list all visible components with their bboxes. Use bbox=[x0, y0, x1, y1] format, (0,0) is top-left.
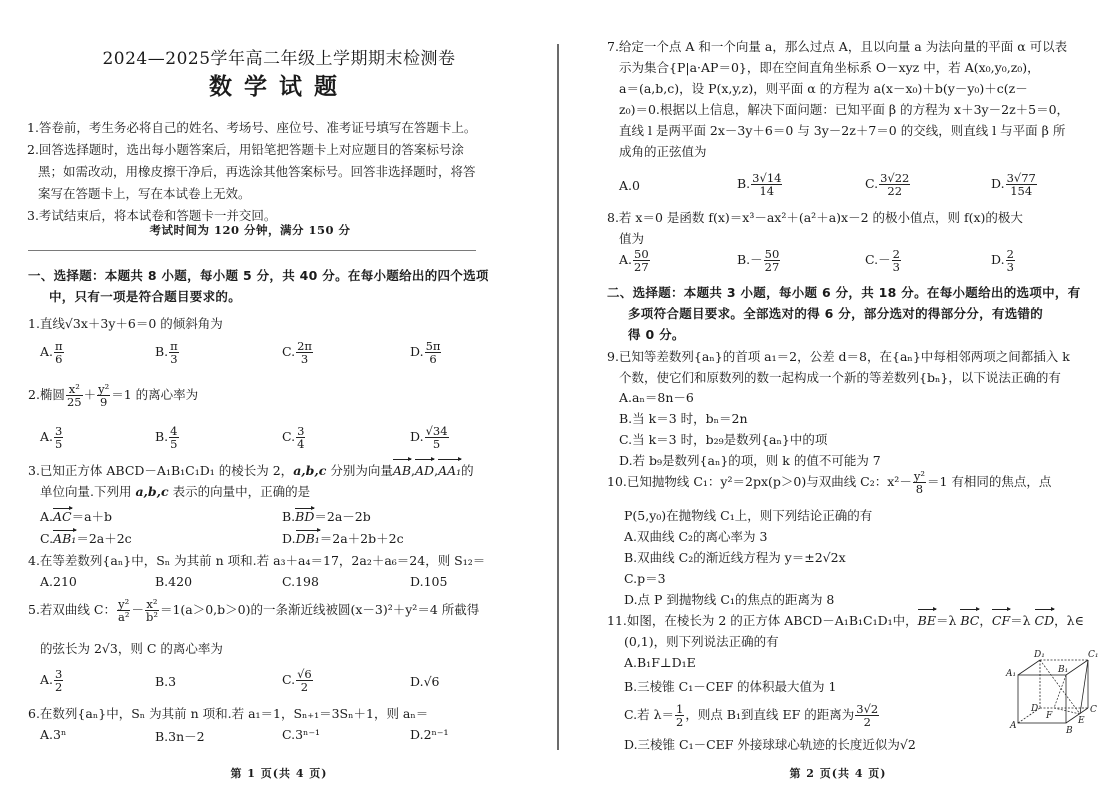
q6-option-b[interactable]: B.3n－2 bbox=[155, 727, 205, 745]
label-d1: D₁ bbox=[1033, 650, 1045, 660]
page-1-footer: 第 1 页(共 4 页) bbox=[0, 765, 558, 781]
q4-option-d[interactable]: D.105 bbox=[410, 574, 447, 589]
question-6-stem: 6.在数列{aₙ}中，Sₙ 为其前 n 项和.若 a₁＝1，Sₙ₊₁＝3Sₙ＋1… bbox=[28, 703, 428, 724]
q1-option-d[interactable]: D.5π6 bbox=[410, 340, 442, 365]
q1-option-b[interactable]: B.π3 bbox=[155, 340, 180, 365]
q8-option-a[interactable]: A.5027 bbox=[619, 248, 651, 273]
question-5-stem: 5.若双曲线 C：y²a²－x²b²＝1(a＞0,b＞0)的一条渐近线被圆(x－… bbox=[28, 598, 528, 623]
q3-option-d[interactable]: D.DB₁＝2a＋2b＋2c bbox=[282, 529, 404, 547]
q6-option-d[interactable]: D.2ⁿ⁻¹ bbox=[410, 727, 449, 742]
question-4-stem: 4.在等差数列{aₙ}中，Sₙ 为其前 n 项和.若 a₃＋a₄＝17，2a₂＋… bbox=[28, 550, 485, 571]
header-divider bbox=[28, 250, 476, 251]
q4-option-c[interactable]: C.198 bbox=[282, 574, 319, 589]
q11-option-c[interactable]: C.若 λ＝12，则点 B₁到直线 EF 的距离为3√22 bbox=[624, 703, 1044, 728]
label-c: C bbox=[1090, 705, 1097, 715]
question-11-options: A.B₁F⊥D₁E B.三棱锥 C₁－CEF 的体积最大值为 1 C.若 λ＝1… bbox=[624, 652, 1044, 755]
q6-option-c[interactable]: C.3ⁿ⁻¹ bbox=[282, 727, 320, 742]
q4-option-a[interactable]: A.210 bbox=[40, 574, 77, 589]
subject-title: 数学试题 bbox=[0, 68, 558, 101]
cube-diagram-svg: D₁ C₁ A₁ B₁ D C F E A B bbox=[998, 648, 1108, 758]
q2-option-a[interactable]: A.35 bbox=[40, 425, 64, 450]
question-5-stem-line2: 的弦长为 2√3，则 C 的离心率为 bbox=[40, 638, 223, 659]
q8-option-b[interactable]: B.－5027 bbox=[737, 248, 781, 273]
q11-option-b[interactable]: B.三棱锥 C₁－CEF 的体积最大值为 1 bbox=[624, 676, 1044, 697]
question-9-options: A.aₙ＝8n－6 B.当 k＝3 时，bₙ＝2n C.当 k＝3 时，b₂₉是… bbox=[619, 387, 1099, 471]
q4-option-b[interactable]: B.420 bbox=[155, 574, 192, 589]
q3-option-a[interactable]: A.AC＝a＋b bbox=[40, 507, 112, 525]
q9-option-d[interactable]: D.若 b₉是数列{aₙ}的项，则 k 的值不可能为 7 bbox=[619, 450, 1099, 471]
label-b: B bbox=[1065, 726, 1073, 736]
q9-option-a[interactable]: A.aₙ＝8n－6 bbox=[619, 387, 1099, 408]
question-3-options: A.AC＝a＋b B.BD＝2a－2b C.AB₁＝2a＋2c D.DB₁＝2a… bbox=[40, 507, 510, 553]
q2-option-d[interactable]: D.√345 bbox=[410, 425, 450, 450]
q8-option-c[interactable]: C.－23 bbox=[865, 248, 902, 273]
exam-time: 考试时间为 120 分钟，满分 150 分 bbox=[0, 222, 500, 238]
question-8-stem: 8.若 x＝0 是函数 f(x)＝x³－ax²＋(a²＋a)x－2 的极小值点，… bbox=[607, 207, 1107, 249]
question-11-stem: 11.如图，在棱长为 2 的正方体 ABCD－A₁B₁C₁D₁中，BE＝λ BC… bbox=[607, 610, 1116, 652]
question-7-stem: 7.给定一个点 A 和一个向量 a，那么过点 A，且以向量 a 为法向量的平面 … bbox=[607, 36, 1107, 162]
q10-option-a[interactable]: A.双曲线 C₂的离心率为 3 bbox=[624, 526, 1104, 547]
label-a: A bbox=[1009, 721, 1017, 731]
exam-title: 2024—2025学年高二年级上学期期末检测卷 bbox=[0, 44, 558, 69]
q3-option-b[interactable]: B.BD＝2a－2b bbox=[282, 507, 371, 525]
q5-option-b[interactable]: B.3 bbox=[155, 674, 176, 689]
q9-option-b[interactable]: B.当 k＝3 时，bₙ＝2n bbox=[619, 408, 1099, 429]
q3-option-c[interactable]: C.AB₁＝2a＋2c bbox=[40, 529, 132, 547]
q7-option-c[interactable]: C.3√2222 bbox=[865, 172, 911, 197]
instructions: 1.答卷前，考生务必将自己的姓名、考场号、座位号、准考证号填写在答题卡上。 2.… bbox=[27, 117, 487, 227]
q2-option-b[interactable]: B.45 bbox=[155, 425, 180, 450]
instruction-1: 1.答卷前，考生务必将自己的姓名、考场号、座位号、准考证号填写在答题卡上。 bbox=[27, 117, 487, 139]
label-d: D bbox=[1030, 704, 1038, 714]
q1-option-c[interactable]: C.2π3 bbox=[282, 340, 314, 365]
q11-option-d[interactable]: D.三棱锥 C₁－CEF 外接球球心轨迹的长度近似为√2 bbox=[624, 734, 1044, 755]
question-10-stem: 10.已知抛物线 C₁：y²＝2px(p＞0)与双曲线 C₂：x²－y²8＝1 … bbox=[607, 470, 1116, 495]
q7-option-d[interactable]: D.3√77154 bbox=[991, 172, 1038, 197]
section-2-heading: 二、选择题：本题共 3 小题，每小题 6 分，共 18 分。在每小题给出的选项中… bbox=[607, 282, 1107, 345]
q8-option-d[interactable]: D.23 bbox=[991, 248, 1016, 273]
q7-option-a[interactable]: A.0 bbox=[619, 178, 640, 193]
page-1: 2024—2025学年高二年级上学期期末检测卷 数学试题 1.答卷前，考生务必将… bbox=[0, 0, 558, 800]
q5-option-d[interactable]: D.√6 bbox=[410, 674, 439, 689]
label-c1: C₁ bbox=[1088, 650, 1099, 660]
question-2-stem: 2.椭圆x²25＋y²9＝1 的离心率为 bbox=[28, 383, 198, 408]
q1-option-a[interactable]: A.π6 bbox=[40, 340, 65, 365]
label-f: F bbox=[1045, 711, 1053, 721]
page-divider bbox=[557, 44, 559, 750]
q2-option-c[interactable]: C.34 bbox=[282, 425, 306, 450]
q7-option-b[interactable]: B.3√1414 bbox=[737, 172, 783, 197]
q5-option-c[interactable]: C.√62 bbox=[282, 668, 314, 693]
q10-option-d[interactable]: D.点 P 到抛物线 C₁的焦点的距离为 8 bbox=[624, 589, 1104, 610]
q10-option-c[interactable]: C.p＝3 bbox=[624, 568, 1104, 589]
question-3-stem: 3.已知正方体 ABCD－A₁B₁C₁D₁ 的棱长为 2，a,b,c 分别为向量… bbox=[28, 460, 528, 502]
question-1-stem: 1.直线√3x＋3y＋6＝0 的倾斜角为 bbox=[28, 313, 223, 334]
page-2-footer: 第 2 页(共 4 页) bbox=[560, 765, 1116, 781]
q6-option-a[interactable]: A.3ⁿ bbox=[40, 727, 66, 742]
q9-option-c[interactable]: C.当 k＝3 时，b₂₉是数列{aₙ}中的项 bbox=[619, 429, 1099, 450]
cube-diagram: D₁ C₁ A₁ B₁ D C F E A B bbox=[998, 648, 1108, 758]
q5-option-a[interactable]: A.32 bbox=[40, 668, 64, 693]
label-b1: B₁ bbox=[1057, 665, 1068, 675]
section-1-heading: 一、选择题：本题共 8 小题，每小题 5 分，共 40 分。在每小题给出的四个选… bbox=[28, 265, 508, 307]
label-a1: A₁ bbox=[1005, 669, 1016, 679]
question-10-body: P(5,y₀)在抛物线 C₁上，则下列结论正确的有 A.双曲线 C₂的离心率为 … bbox=[624, 505, 1104, 610]
q11-option-a[interactable]: A.B₁F⊥D₁E bbox=[624, 652, 1044, 673]
question-9-stem: 9.已知等差数列{aₙ}的首项 a₁＝2，公差 d＝8，在{aₙ}中每相邻两项之… bbox=[607, 346, 1107, 388]
label-e: E bbox=[1077, 716, 1085, 726]
q10-option-b[interactable]: B.双曲线 C₂的渐近线方程为 y＝±2√2x bbox=[624, 547, 1104, 568]
instruction-2: 2.回答选择题时，选出每小题答案后，用铅笔把答题卡上对应题目的答案标号涂黑；如需… bbox=[27, 139, 487, 205]
